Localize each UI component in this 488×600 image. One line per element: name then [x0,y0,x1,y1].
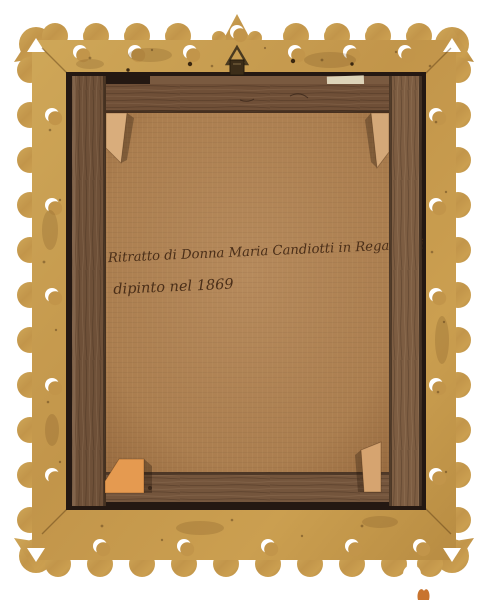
stretcher-key-bottom-right [361,442,381,492]
stretcher-bar-right [389,76,422,506]
stretcher-bar-top [72,84,422,113]
stretcher-bar-left [72,76,106,506]
hanging-plate [230,60,244,75]
photo-reverse-of-framed-painting: Ritratto di Donna Maria Candiotti in Reg… [0,0,488,600]
frame-back-illustration: Ritratto di Donna Maria Candiotti in Reg… [0,0,488,600]
orange-object-fragment [418,589,430,600]
